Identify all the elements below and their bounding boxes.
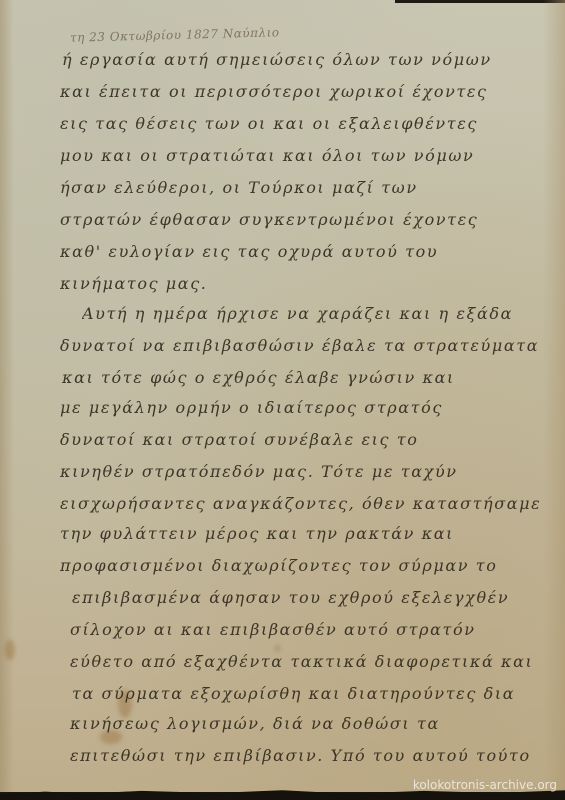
manuscript-line: μου και οι στρατιώται και όλοι των νόμων [60, 146, 540, 165]
manuscript-line: ή εργασία αυτή σημειώσεις όλων των νόμων [62, 50, 540, 69]
ink-stain [5, 640, 15, 660]
manuscript-line: τα σύρματα εξοχωρίσθη και διατηρούντες δ… [72, 684, 540, 703]
manuscript-line: Αυτή η ημέρα ήρχισε να χαράζει και η εξά… [82, 304, 540, 323]
manuscript-line: εισχωρήσαντες αναγκάζοντες, όθεν καταστή… [60, 494, 540, 513]
manuscript-line: εις τας θέσεις των οι και οι εξαλειφθέντ… [60, 114, 540, 133]
header-date-note: τη 23 Οκτωβρίου 1827 Ναύπλιο [70, 25, 280, 44]
manuscript-line: δυνατοί και στρατοί συνέβαλε εις το [60, 430, 540, 449]
manuscript-line: την φυλάττειν μέρος και την ρακτάν και [60, 524, 540, 543]
manuscript-line: εύθετο από εξαχθέντα τακτικά διαφορετικά… [70, 652, 540, 671]
manuscript-line: επιβιβασμένα άφησαν του εχθρού εξελεγχθέ… [72, 588, 540, 607]
manuscript-line: δυνατοί να επιβιβασθώσιν έβαλε τα στρατε… [60, 336, 540, 355]
ink-stain [275, 645, 280, 652]
manuscript-line: ήσαν ελεύθεροι, οι Τούρκοι μαζί των [60, 178, 540, 197]
manuscript-line: επιτεθώσι την επιβίβασιν. Υπό του αυτού … [70, 746, 540, 765]
manuscript-line: κινήματος μας. [60, 274, 540, 293]
manuscript-line: κινήσεως λογισμών, διά να δοθώσι τα [70, 714, 540, 733]
manuscript-line: προφασισμένοι διαχωρίζοντες τον σύρμαν τ… [60, 556, 540, 575]
archive-watermark: kolokotronis-archive.org [413, 778, 557, 792]
manuscript-line: με μεγάλην ορμήν ο ιδιαίτερος στρατός [60, 398, 540, 417]
manuscript-line: στρατών έφθασαν συγκεντρωμένοι έχοντες [60, 210, 540, 229]
manuscript-line: σίλοχον αι και επιβιβασθέν αυτό στρατόν [70, 620, 540, 639]
manuscript-page: τη 23 Οκτωβρίου 1827 Ναύπλιο ή εργασία α… [0, 0, 565, 792]
manuscript-line: κινηθέν στρατόπεδόν μας. Τότε με ταχύν [60, 462, 540, 481]
manuscript-line: και τότε φώς ο εχθρός έλαβε γνώσιν και [62, 368, 540, 387]
manuscript-line: καθ' ευλογίαν εις τας οχυρά αυτού του [60, 242, 540, 261]
manuscript-line: και έπειτα οι περισσότεροι χωρικοί έχοντ… [60, 82, 540, 101]
scan-top-edge [395, 0, 565, 3]
